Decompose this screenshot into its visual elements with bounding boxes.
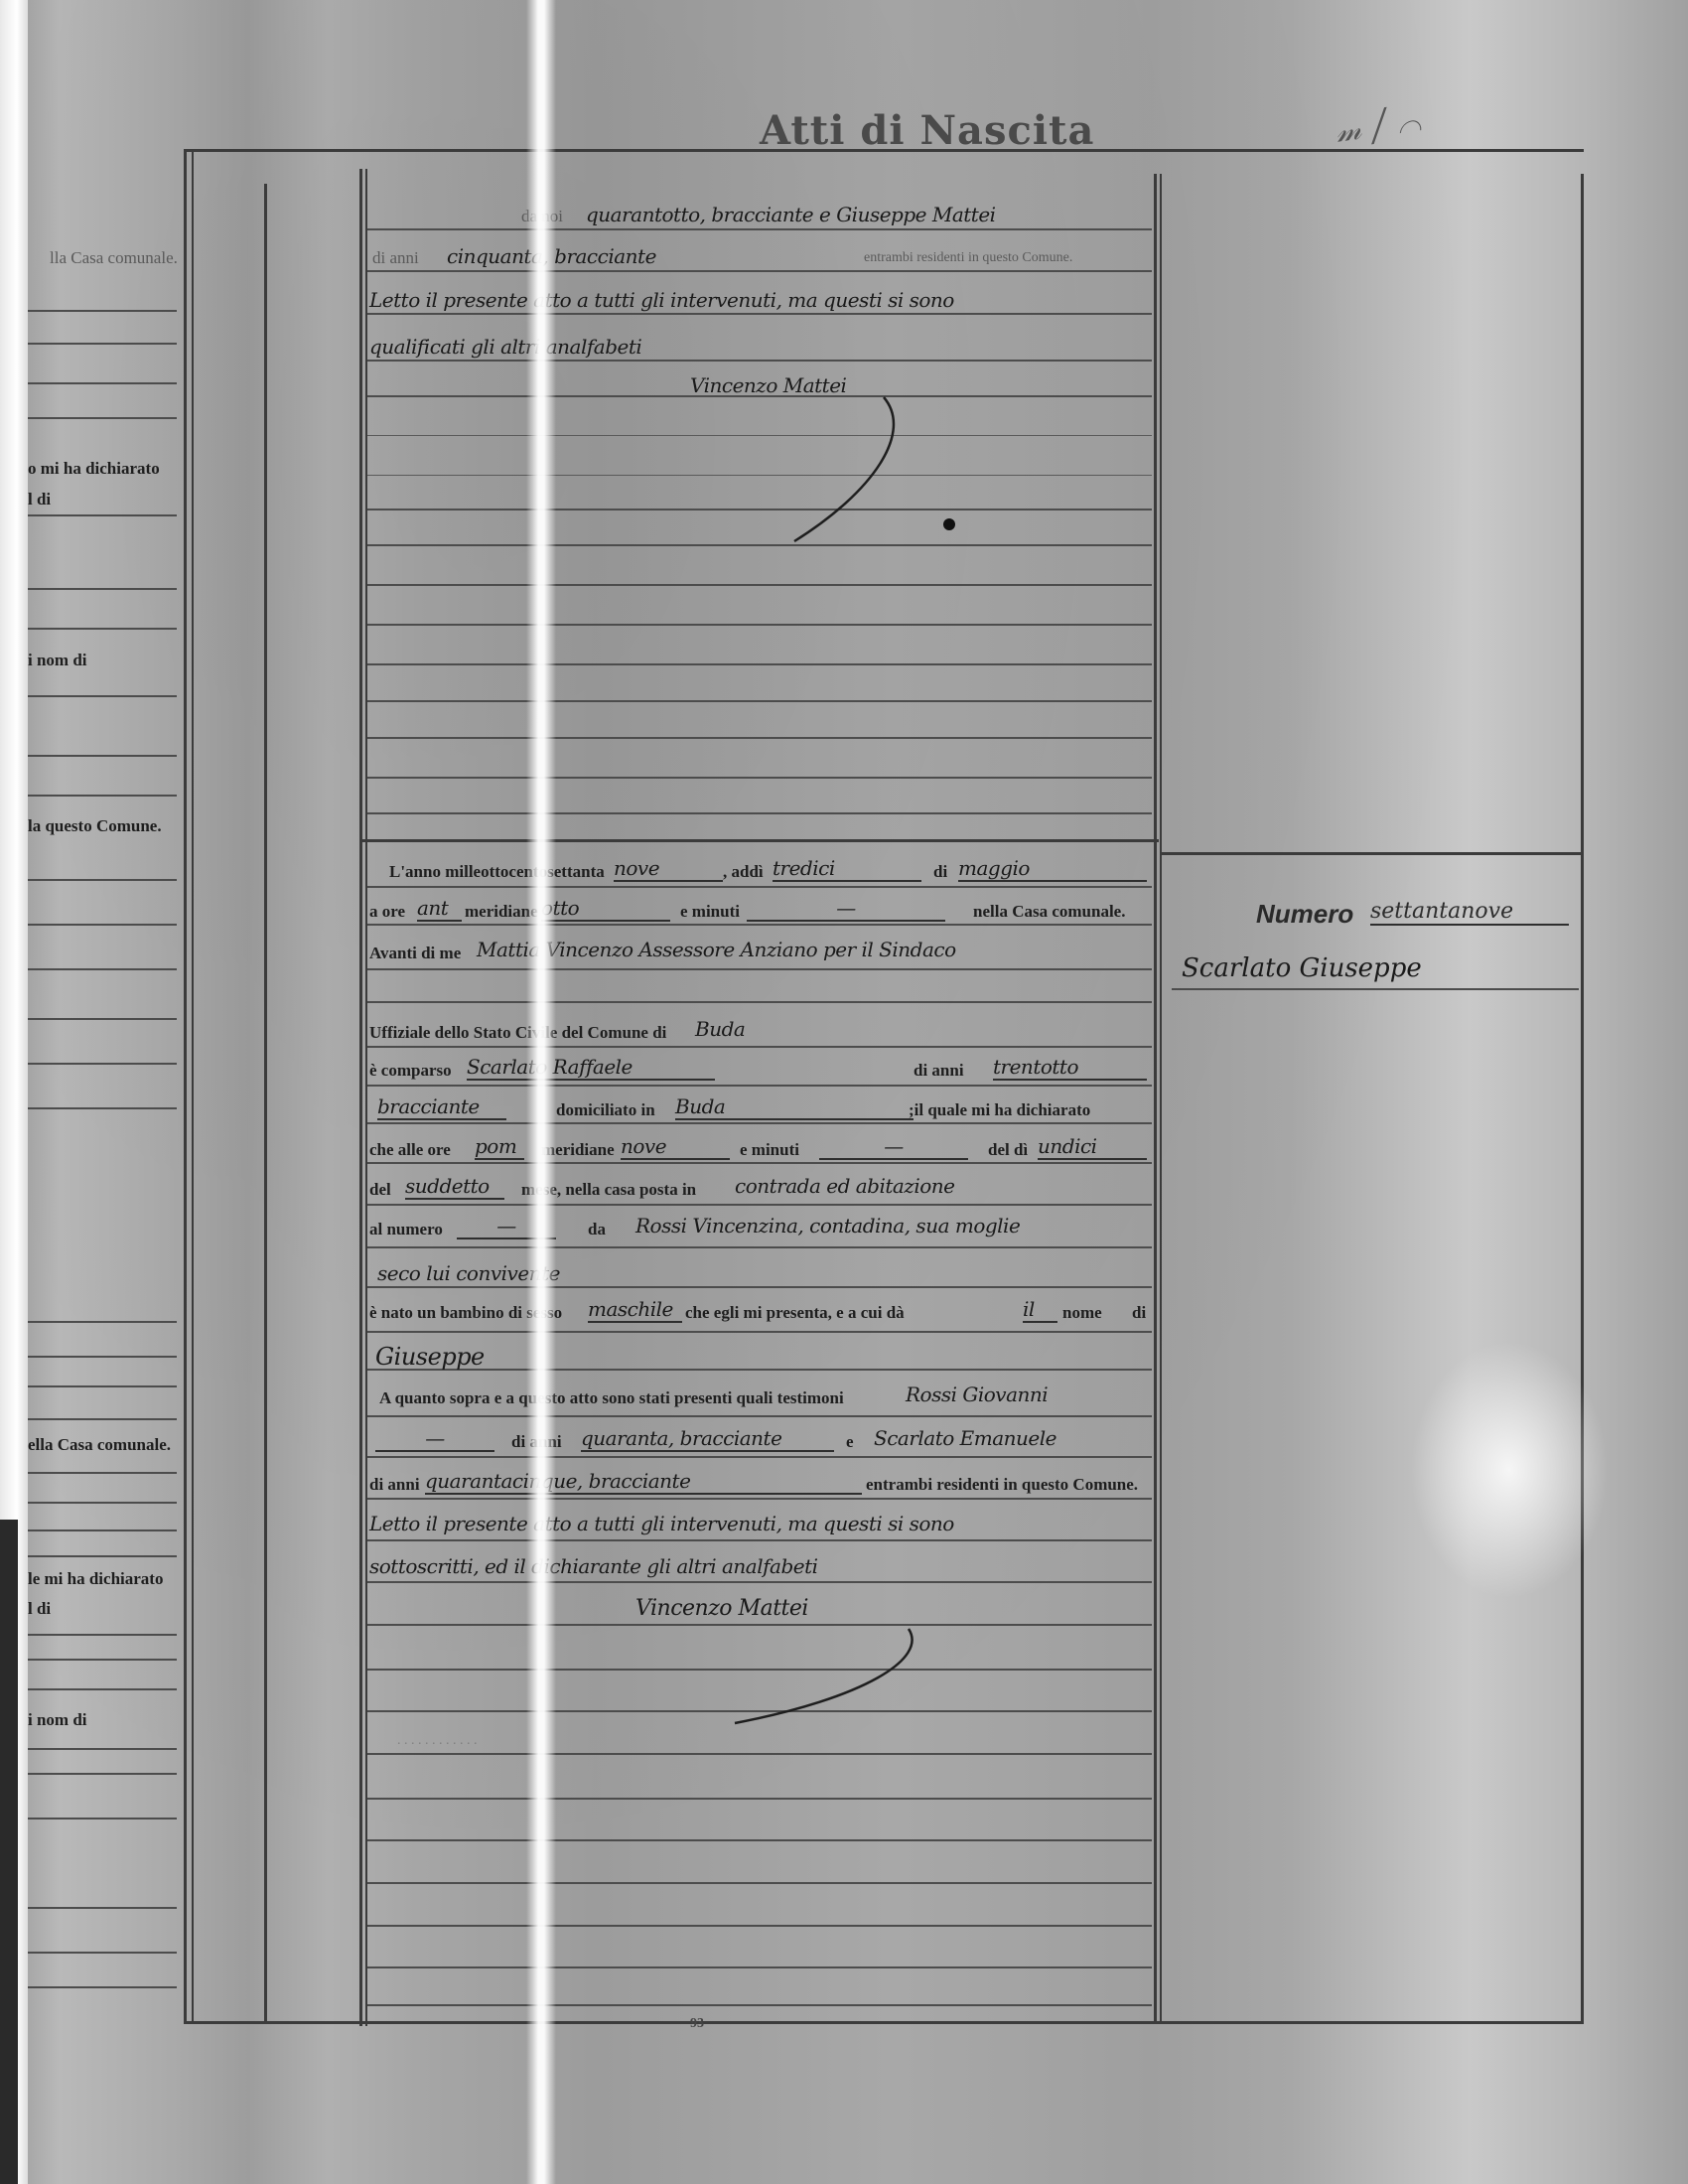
act-declarant-age: trentotto (993, 1055, 1147, 1081)
main-column-left (359, 169, 362, 2026)
upper-label: entrambi residenti in questo Comune. (864, 250, 1072, 266)
main-column-left-inner (365, 169, 367, 2026)
act-comune: Buda (695, 1017, 745, 1041)
margin-divider (1162, 852, 1584, 855)
act-birth-minutes: — (819, 1134, 968, 1160)
act-mother: Rossi Vincenzina, contadina, sua moglie (635, 1214, 1020, 1238)
ruled-line (367, 360, 1152, 362)
left-rule (28, 879, 177, 881)
left-rule (28, 1472, 177, 1474)
act-witness-2: Scarlato Emanuele (874, 1426, 1056, 1450)
ruled-line (367, 1539, 1152, 1541)
left-rule (28, 1952, 177, 1954)
left-rule (28, 924, 177, 926)
ruled-line (367, 737, 1152, 739)
act-print: di anni (369, 1475, 420, 1495)
ruled-line (367, 1839, 1152, 1841)
frame-left-inner (192, 149, 194, 2024)
upper-closing-1: Letto il presente atto a tutti gli inter… (369, 288, 954, 312)
margin-child-name: Scarlato Giuseppe (1182, 953, 1422, 983)
left-rule (28, 695, 177, 697)
ruled-line (367, 1882, 1152, 1884)
act-article: il (1023, 1297, 1057, 1323)
left-rule (28, 1555, 177, 1557)
ruled-line (367, 1001, 1152, 1003)
act-print: nome (1062, 1303, 1102, 1323)
frame-top (184, 149, 1584, 152)
left-rule (28, 382, 177, 384)
ruled-line (367, 2004, 1152, 2006)
act-month: maggio (958, 856, 1147, 882)
left-fragment-text: ella Casa comunale. (28, 1435, 171, 1455)
top-right-annotation: 𝓂 ╱ ⌒ (1334, 103, 1423, 150)
left-fragment-text: i nom di (28, 651, 87, 670)
left-rule (28, 1986, 177, 1988)
left-fragment-text: la questo Comune. (28, 816, 162, 836)
left-rule (28, 1385, 177, 1387)
ruled-line (367, 1331, 1152, 1333)
ruled-line (367, 1369, 1152, 1371)
act-print: del dì (988, 1140, 1028, 1160)
act-signature: Vincenzo Mattei (635, 1596, 808, 1621)
left-rule (28, 514, 177, 516)
left-fragment-text: i nom di (28, 1710, 87, 1730)
act-print: è comparso (369, 1061, 452, 1081)
act-declarant-residence: Buda (675, 1094, 914, 1120)
act-child-name: Giuseppe (375, 1343, 485, 1371)
act-print: Uffiziale dello Stato Civile del Comune … (369, 1023, 666, 1043)
act-print: Avanti di me (369, 944, 461, 963)
act-divider (359, 839, 1159, 842)
act-hour: otto (541, 896, 670, 922)
upper-witness-1: quarantotto, bracciante e Giuseppe Matte… (586, 203, 996, 226)
act-print: del (369, 1180, 391, 1200)
ruled-line (367, 1286, 1152, 1288)
left-rule (28, 1107, 177, 1109)
act-print: di anni (914, 1061, 964, 1081)
document-page: Atti di Nascita 𝓂 ╱ ⌒ lla Casa comunale.… (0, 0, 1688, 2184)
act-print: entrambi residenti in questo Comune. (866, 1475, 1138, 1495)
left-fragment-text: l di (28, 1599, 51, 1619)
act-print: A quanto sopra e a questo atto sono stat… (379, 1388, 844, 1408)
ruled-line (367, 1046, 1152, 1048)
left-rule (28, 343, 177, 345)
act-print: nella Casa comunale. (973, 902, 1125, 922)
margin-column-left (1160, 174, 1162, 2021)
left-fragment-text: o mi ha dichiarato (28, 459, 160, 479)
act-witness-2-age: quarantacinque, bracciante (425, 1469, 862, 1495)
act-day: tredici (773, 856, 921, 882)
ruled-line (367, 228, 1152, 230)
act-sex: maschile (588, 1297, 682, 1323)
act-birth-month: suddetto (405, 1174, 504, 1200)
bleed-through-text: . . . . . . . . . . . . (397, 1733, 478, 1749)
ruled-line (367, 544, 1152, 546)
ruled-line (367, 1204, 1152, 1206)
scan-shadow (0, 1520, 18, 2184)
upper-closing-2: qualificati gli altri analfabeti (369, 335, 641, 359)
left-rule (28, 1321, 177, 1323)
ruled-line (367, 624, 1152, 626)
ruled-line (367, 812, 1152, 814)
scan-streak (526, 0, 556, 2184)
ruled-line (367, 475, 1152, 476)
act-year: nove (614, 856, 723, 882)
left-rule (28, 1634, 177, 1636)
act-print: ;il quale mi ha dichiarato (909, 1100, 1090, 1120)
ruled-line (367, 270, 1152, 272)
ruled-line (367, 1122, 1152, 1124)
act-declarant-job: bracciante (377, 1094, 506, 1120)
signature-flourish-icon (715, 1619, 933, 1728)
left-fragment-text: le mi ha dichiarato (28, 1569, 163, 1589)
gutter-right-edge (264, 184, 267, 2021)
act-witness-1: Rossi Giovanni (906, 1383, 1048, 1406)
act-birth-place: contrada ed abitazione (735, 1174, 955, 1198)
frame-left (184, 149, 187, 2024)
act-witness-1-blank: — (375, 1426, 494, 1452)
ink-spot (943, 518, 955, 530)
ruled-line (367, 1456, 1152, 1458)
scan-glare (1410, 1341, 1609, 1599)
ruled-line (367, 1925, 1152, 1927)
numero-label: Numero (1256, 899, 1353, 930)
left-rule (28, 1748, 177, 1750)
act-closing-2: sottoscritti, ed il dichiarante gli altr… (369, 1554, 818, 1578)
left-rule (28, 1688, 177, 1690)
act-print: al numero (369, 1220, 443, 1239)
act-minutes: — (747, 896, 945, 922)
frame-bottom (184, 2021, 1584, 2024)
ruled-line (367, 1798, 1152, 1800)
act-print: domiciliato in (556, 1100, 655, 1120)
signature-flourish-icon (774, 392, 914, 551)
act-birth-hour: nove (621, 1134, 730, 1160)
act-print: di (1132, 1303, 1146, 1323)
ruled-line (367, 700, 1152, 702)
act-print: da (588, 1220, 606, 1239)
page-title: Atti di Nascita (760, 107, 1094, 154)
act-witness-1-age: quaranta, bracciante (581, 1426, 834, 1452)
left-rule (28, 1529, 177, 1531)
left-rule (28, 1907, 177, 1909)
ruled-line (367, 509, 1152, 510)
left-fragment-text: l di (28, 490, 51, 510)
act-print: che egli mi presenta, e a cui dà (685, 1303, 905, 1323)
left-fragment-text: lla Casa comunale. (50, 248, 178, 268)
ruled-line (367, 1415, 1152, 1417)
act-print: L'anno milleottocentosettanta (389, 862, 605, 882)
ruled-line (367, 1753, 1152, 1755)
numero-value: settantanove (1370, 899, 1569, 926)
act-print: che alle ore (369, 1140, 451, 1160)
act-print: e minuti (740, 1140, 799, 1160)
ruled-line (367, 924, 1152, 926)
act-print: , addì (723, 862, 764, 882)
act-ampm: ant (417, 896, 462, 922)
ruled-line (367, 1966, 1152, 1968)
upper-label: di anni (372, 248, 419, 268)
left-rule (28, 795, 177, 797)
left-rule (28, 968, 177, 970)
act-print: di (933, 862, 947, 882)
ruled-line (367, 313, 1152, 315)
act-declarant: Scarlato Raffaele (467, 1055, 715, 1081)
act-print: e minuti (680, 902, 740, 922)
ruled-line (367, 1085, 1152, 1087)
ruled-line (367, 777, 1152, 779)
ruled-line (367, 968, 1152, 970)
left-rule (28, 1356, 177, 1358)
ruled-line (367, 886, 1152, 888)
margin-name-rule (1172, 988, 1579, 990)
page-number: 93 (690, 2016, 704, 2032)
ruled-line (367, 1581, 1152, 1583)
act-birth-ampm: pom (475, 1134, 524, 1160)
left-rule (28, 1502, 177, 1504)
left-rule (28, 417, 177, 419)
act-closing-1: Letto il presente atto a tutti gli inter… (369, 1512, 954, 1535)
left-rule (28, 1818, 177, 1820)
left-rule (28, 755, 177, 757)
ruled-line (367, 1498, 1152, 1500)
act-print: e (846, 1432, 854, 1452)
left-rule (28, 1418, 177, 1420)
ruled-line (367, 584, 1152, 586)
main-column-right (1154, 174, 1157, 2021)
left-rule (28, 1773, 177, 1775)
ruled-line (367, 663, 1152, 665)
left-rule (28, 310, 177, 312)
ruled-line (367, 1246, 1152, 1248)
left-rule (28, 1018, 177, 1020)
left-rule (28, 1063, 177, 1065)
act-print: a ore (369, 902, 405, 922)
act-birth-day: undici (1038, 1134, 1147, 1160)
left-rule (28, 1659, 177, 1661)
left-rule (28, 628, 177, 630)
margin-column-right (1581, 174, 1584, 2021)
left-rule (28, 588, 177, 590)
ruled-line (367, 1162, 1152, 1164)
ruled-line (367, 435, 1152, 436)
